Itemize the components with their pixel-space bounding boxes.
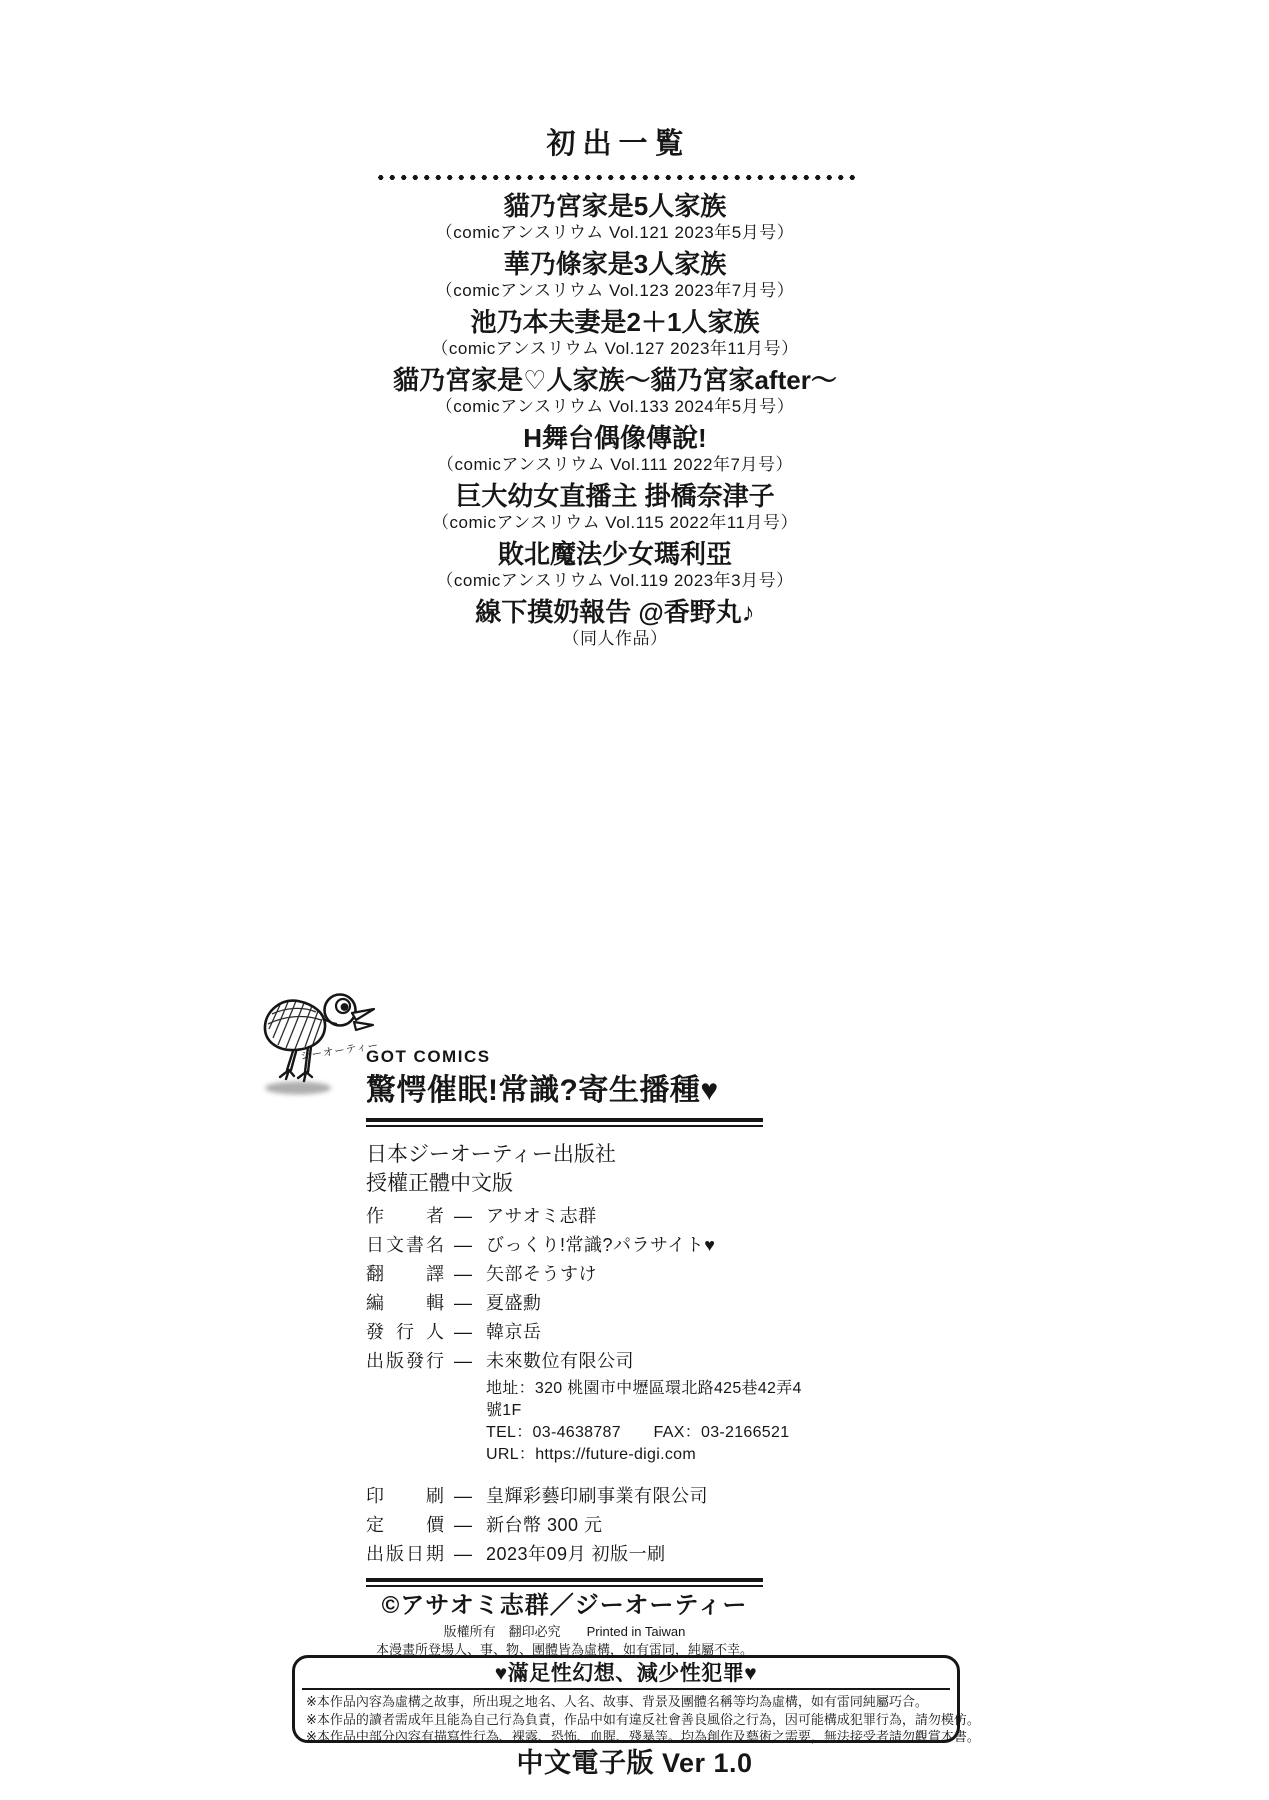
entry-title: 線下摸奶報告 @香野丸♪ xyxy=(355,597,875,627)
disclaimer-box-lines: ※本作品內容為虛構之故事，所出現之地名、人名、故事、背景及團體名稱等均為虛構，如… xyxy=(295,1693,957,1746)
credit-value: 2023年09月 初版一刷 xyxy=(486,1544,666,1565)
entry-source: （comicアンスリウム Vol.121 2023年5月号） xyxy=(355,223,875,243)
disclaimer-box: ♥滿足性幻想、減少性犯罪♥ ※本作品內容為虛構之故事，所出現之地名、人名、故事、… xyxy=(292,1655,960,1743)
credit-dash: — xyxy=(454,1206,472,1227)
entry-source: （同人作品） xyxy=(355,629,875,649)
entry-source: （comicアンスリウム Vol.119 2023年3月号） xyxy=(355,571,875,591)
credit-value: 皇輝彩藝印刷事業有限公司 xyxy=(486,1486,708,1507)
credit-value: 韓京岳 xyxy=(486,1322,542,1343)
credit-label: 出版發行 xyxy=(366,1351,444,1372)
credit-dash: — xyxy=(454,1351,472,1372)
credit-label: 發行人 xyxy=(366,1322,444,1343)
credit-row: 作者—アサオミ志群 xyxy=(366,1206,806,1227)
edition-label: 中文電子版 Ver 1.0 xyxy=(0,1747,1269,1779)
disclaimer-box-title: ♥滿足性幻想、減少性犯罪♥ xyxy=(295,1661,957,1687)
credit-label: 印刷 xyxy=(366,1486,444,1507)
credit-row: 出版日期—2023年09月 初版一刷 xyxy=(366,1544,806,1565)
got-mascot-bird-icon: ジーオーティー xyxy=(250,986,382,1104)
first-publication-heading: 初出一覧 xyxy=(355,127,875,161)
mascot-shadow xyxy=(265,1082,331,1095)
entry-source: （comicアンスリウム Vol.127 2023年11月号） xyxy=(355,339,875,359)
list-item: 華乃條家是3人家族 （comicアンスリウム Vol.123 2023年7月号） xyxy=(355,249,875,301)
bird-pupil xyxy=(341,1003,349,1011)
entry-title: 貓乃宮家是5人家族 xyxy=(355,191,875,221)
disclaimer-box-rule xyxy=(302,1688,950,1690)
list-item: 池乃本夫妻是2＋1人家族 （comicアンスリウム Vol.127 2023年1… xyxy=(355,307,875,359)
credit-label: 作者 xyxy=(366,1206,444,1227)
list-item: 敗北魔法少女瑪利亞 （comicアンスリウム Vol.119 2023年3月号） xyxy=(355,539,875,591)
credit-row: 編輯—夏盛勳 xyxy=(366,1293,806,1314)
list-item: 線下摸奶報告 @香野丸♪ （同人作品） xyxy=(355,597,875,649)
entry-title: 敗北魔法少女瑪利亞 xyxy=(355,539,875,569)
rights-reserved-line: 版權所有 翻印必究 Printed in Taiwan xyxy=(366,1624,763,1639)
credit-value: 矢部そうすけ xyxy=(486,1264,597,1285)
credit-label: 出版日期 xyxy=(366,1544,444,1565)
publisher-url: URL：https://future-digi.com xyxy=(486,1444,806,1466)
credit-label: 日文書名 xyxy=(366,1235,444,1256)
publisher-address: 地址：320 桃園市中壢區環北路425巷42弄4號1F xyxy=(486,1378,806,1422)
list-item: 貓乃宮家是♡人家族～貓乃宮家after～ （comicアンスリウム Vol.13… xyxy=(355,365,875,417)
entry-source: （comicアンスリウム Vol.133 2024年5月号） xyxy=(355,397,875,417)
credit-rows: 作者—アサオミ志群 日文書名—びっくり!常識?パラサイト♥ 翻譯—矢部そうすけ … xyxy=(366,1206,806,1372)
print-credit-rows: 印刷—皇輝彩藝印刷事業有限公司 定價—新台幣 300 元 出版日期—2023年0… xyxy=(366,1486,806,1565)
dotted-divider xyxy=(375,174,855,181)
credit-dash: — xyxy=(454,1235,472,1256)
divider-rule xyxy=(366,1578,763,1587)
credit-value: びっくり!常識?パラサイト♥ xyxy=(486,1235,715,1256)
credit-row: 定價—新台幣 300 元 xyxy=(366,1515,806,1536)
list-item: H舞台偶像傳說! （comicアンスリウム Vol.111 2022年7月号） xyxy=(355,423,875,475)
credit-dash: — xyxy=(454,1515,472,1536)
credit-value: 夏盛勳 xyxy=(486,1293,542,1314)
publisher-origin: 日本ジーオーティー出版社 xyxy=(366,1140,806,1169)
entry-title: 池乃本夫妻是2＋1人家族 xyxy=(355,307,875,337)
license-lines: 日本ジーオーティー出版社 授權正體中文版 xyxy=(366,1140,806,1198)
credit-row: 出版發行—未來數位有限公司 xyxy=(366,1351,806,1372)
credit-label: 定價 xyxy=(366,1515,444,1536)
disclaimer-line: ※本作品中部分內容有描寫性行為、裸露、恐怖、血腥、殘暴等。均為創作及藝術之需要，… xyxy=(306,1728,946,1746)
license-edition: 授權正體中文版 xyxy=(366,1169,806,1198)
bird-beak xyxy=(352,1009,374,1030)
first-publication-entries: 貓乃宮家是5人家族 （comicアンスリウム Vol.121 2023年5月号）… xyxy=(355,191,875,649)
imprint-label: GOT COMICS xyxy=(366,1047,806,1067)
credit-dash: — xyxy=(454,1293,472,1314)
credit-row: 印刷—皇輝彩藝印刷事業有限公司 xyxy=(366,1486,806,1507)
copyright-line: ©アサオミ志群／ジーオーティー xyxy=(366,1593,763,1619)
disclaimer-line: ※本作品的讀者需成年且能為自己行為負責，作品中如有違反社會善良風俗之行為，因可能… xyxy=(306,1711,946,1729)
publisher-phone: TEL：03-4638787 FAX：03-2166521 xyxy=(486,1422,806,1444)
credit-label: 翻譯 xyxy=(366,1264,444,1285)
first-publication-section: 初出一覧 貓乃宮家是5人家族 （comicアンスリウム Vol.121 2023… xyxy=(355,127,875,655)
credit-value: アサオミ志群 xyxy=(486,1206,597,1227)
credit-row: 日文書名—びっくり!常識?パラサイト♥ xyxy=(366,1235,806,1256)
colophon-page: 初出一覧 貓乃宮家是5人家族 （comicアンスリウム Vol.121 2023… xyxy=(0,0,1269,1800)
credit-value: 未來數位有限公司 xyxy=(486,1351,634,1372)
entry-source: （comicアンスリウム Vol.123 2023年7月号） xyxy=(355,281,875,301)
entry-title: 貓乃宮家是♡人家族～貓乃宮家after～ xyxy=(355,365,875,395)
credit-dash: — xyxy=(454,1544,472,1565)
divider-rule xyxy=(366,1118,763,1127)
entry-source: （comicアンスリウム Vol.115 2022年11月号） xyxy=(355,513,875,533)
entry-title: H舞台偶像傳說! xyxy=(355,423,875,453)
list-item: 巨大幼女直播主 掛橋奈津子 （comicアンスリウム Vol.115 2022年… xyxy=(355,481,875,533)
disclaimer-line: ※本作品內容為虛構之故事，所出現之地名、人名、故事、背景及團體名稱等均為虛構，如… xyxy=(306,1693,946,1711)
publisher-details: 地址：320 桃園市中壢區環北路425巷42弄4號1F TEL：03-46387… xyxy=(486,1378,806,1466)
credit-dash: — xyxy=(454,1322,472,1343)
credit-label: 編輯 xyxy=(366,1293,444,1314)
credit-value: 新台幣 300 元 xyxy=(486,1515,603,1536)
credit-row: 發行人—韓京岳 xyxy=(366,1322,806,1343)
credit-dash: — xyxy=(454,1264,472,1285)
entry-source: （comicアンスリウム Vol.111 2022年7月号） xyxy=(355,455,875,475)
book-title: 驚愕催眠!常識?寄生播種♥ xyxy=(366,1072,806,1110)
entry-title: 巨大幼女直播主 掛橋奈津子 xyxy=(355,481,875,511)
entry-title: 華乃條家是3人家族 xyxy=(355,249,875,279)
list-item: 貓乃宮家是5人家族 （comicアンスリウム Vol.121 2023年5月号） xyxy=(355,191,875,243)
credit-row: 翻譯—矢部そうすけ xyxy=(366,1264,806,1285)
colophon-section: GOT COMICS 驚愕催眠!常識?寄生播種♥ 日本ジーオーティー出版社 授權… xyxy=(366,1047,806,1657)
credit-dash: — xyxy=(454,1486,472,1507)
